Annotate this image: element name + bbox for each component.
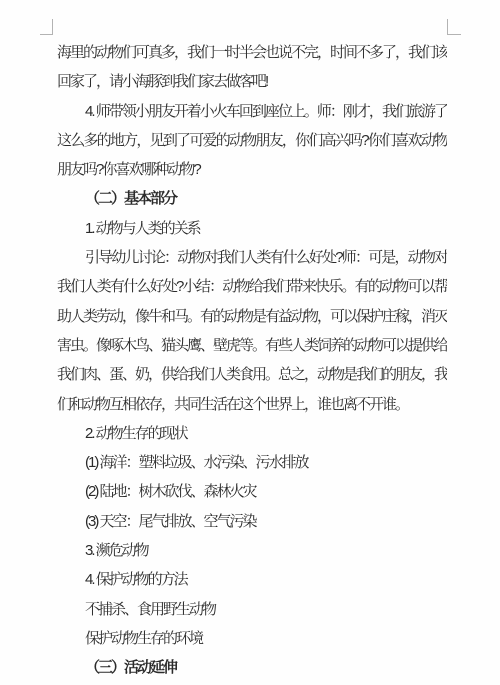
text-line: 助人类劳动，像牛和马。有的动物是有益动物，可以保护庄稼，消灭: [57, 302, 447, 331]
text-line: 们和动物互相依存，共同生活在这个世界上，谁也离不开谁。: [57, 390, 447, 419]
text-line: 我们肉、蛋、奶，供给我们人类食用。总之，动物是我们的朋友，我: [57, 360, 447, 389]
document-content: 海里的动物们可真多，我们一时半会也说不完，时间不多了，我们该回家了，请小海豚到我…: [57, 38, 447, 683]
text-line: 海里的动物们可真多，我们一时半会也说不完，时间不多了，我们该: [57, 38, 447, 67]
text-line: (3) 天空：尾气排放、空气污染: [57, 507, 447, 536]
text-line: 1. 动物与人类的关系: [57, 214, 447, 243]
text-line: 4. 师带领小朋友开着小火车回到座位上。师：刚才，我们旅游了: [57, 97, 447, 126]
text-line: 害虫。像啄木鸟、猫头鹰、壁虎等。有些人类饲养的动物可以提供给: [57, 331, 447, 360]
text-line: （三）活动延伸: [57, 653, 447, 682]
text-line: （二）基本部分: [57, 184, 447, 213]
page-margin-corner-top-right-icon: [447, 19, 461, 35]
text-line: 3. 濒危动物: [57, 536, 447, 565]
text-line: 2. 动物生存的现状: [57, 419, 447, 448]
text-line: 不捕杀、食用野生动物: [57, 595, 447, 624]
text-line: (2) 陆地：树木砍伐、森林火灾: [57, 477, 447, 506]
text-line: 我们人类有什么好处?小结：动物给我们带来快乐。有的动物可以帮: [57, 272, 447, 301]
text-line: 4. 保护动物的方法: [57, 565, 447, 594]
text-line: 引导幼儿讨论：动物对我们人类有什么好处?师：可是，动物对: [57, 243, 447, 272]
document-page[interactable]: 海里的动物们可真多，我们一时半会也说不完，时间不多了，我们该回家了，请小海豚到我…: [0, 0, 500, 685]
text-line: 保护动物生存的环境: [57, 624, 447, 653]
text-line: 朋友吗?你喜欢哪种动物?: [57, 155, 447, 184]
page-margin-corner-top-left-icon: [40, 19, 53, 35]
text-line: 这么多的地方，见到了可爱的动物朋友，你们高兴吗?你们喜欢动物: [57, 126, 447, 155]
text-line: 回家了，请小海豚到我们家去做客吧!: [57, 67, 447, 96]
text-line: (1) 海洋：塑料垃圾、水污染、污水排放: [57, 448, 447, 477]
